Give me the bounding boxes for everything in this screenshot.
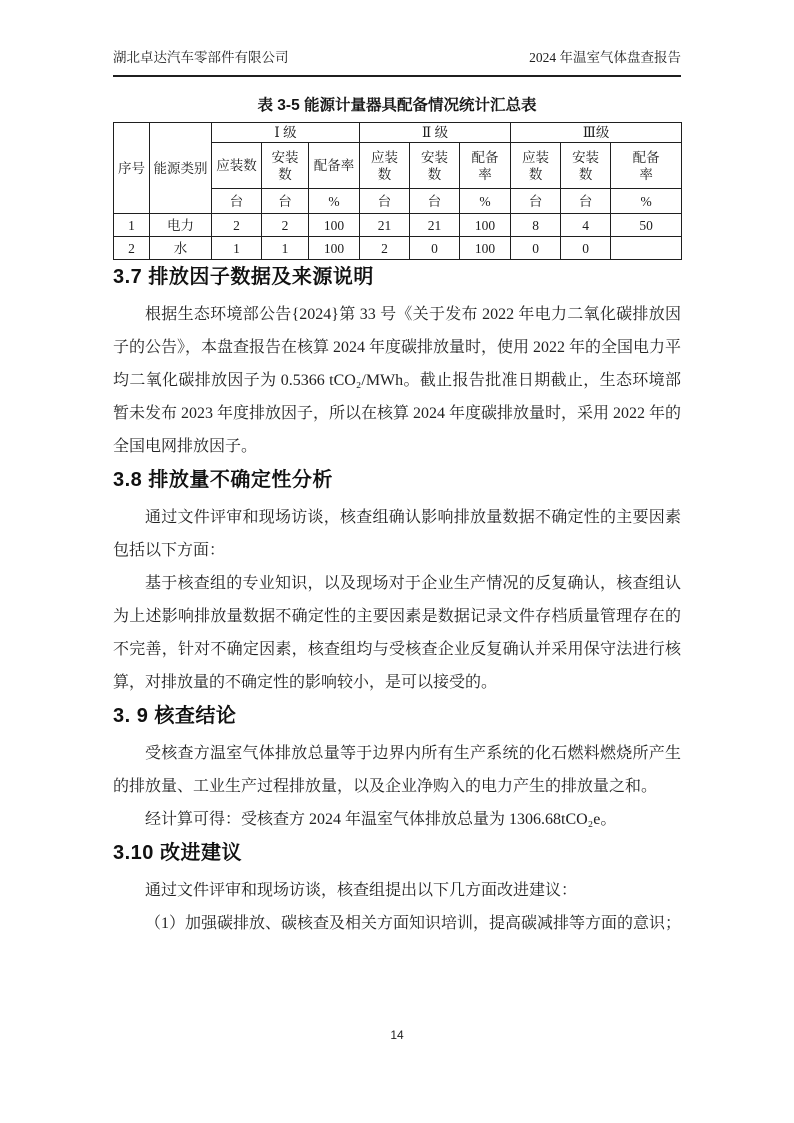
unit-cell: % xyxy=(309,189,360,214)
value-cell: 1 xyxy=(262,237,309,260)
value-cell: 8 xyxy=(511,214,561,237)
unit-cell: 台 xyxy=(511,189,561,214)
table-row: 1 电力 2 2 100 21 21 100 8 4 50 xyxy=(114,214,682,237)
section-heading-3-10: 3.10 改进建议 xyxy=(113,836,681,865)
value-cell: 0 xyxy=(410,237,460,260)
paragraph: （1）加强碳排放、碳核查及相关方面知识培训，提高碳减排等方面的意识； xyxy=(113,907,681,940)
value-cell: 100 xyxy=(460,237,511,260)
col-header-rate: 配备 率 xyxy=(611,143,682,189)
value-cell: 21 xyxy=(410,214,460,237)
col-header-required: 应装 数 xyxy=(360,143,410,189)
value-cell: 100 xyxy=(460,214,511,237)
unit-cell: % xyxy=(611,189,682,214)
value-cell: 0 xyxy=(511,237,561,260)
table-row: 2 水 1 1 100 2 0 100 0 0 xyxy=(114,237,682,260)
col-header-installed: 安装 数 xyxy=(410,143,460,189)
col-header-rate: 配备率 xyxy=(309,143,360,189)
energy-type-cell: 电力 xyxy=(150,214,212,237)
col-header-energy-type: 能源类别 xyxy=(150,123,212,214)
energy-type-cell: 水 xyxy=(150,237,212,260)
company-name: 湖北卓达汽车零部件有限公司 xyxy=(113,46,289,66)
value-cell: 21 xyxy=(360,214,410,237)
seq-cell: 2 xyxy=(114,237,150,260)
col-header-installed: 安装 数 xyxy=(262,143,309,189)
unit-cell: % xyxy=(460,189,511,214)
col-group-level1: Ⅰ 级 xyxy=(212,123,360,143)
col-group-level2: Ⅱ 级 xyxy=(360,123,511,143)
paragraph: 通过文件评审和现场访谈，核查组确认影响排放量数据不确定性的主要因素包括以下方面： xyxy=(113,501,681,567)
value-cell: 1 xyxy=(212,237,262,260)
value-cell: 2 xyxy=(360,237,410,260)
col-header-installed: 安装 数 xyxy=(561,143,611,189)
section-heading-3-9: 3. 9 核查结论 xyxy=(113,699,681,728)
paragraph: 通过文件评审和现场访谈，核查组提出以下几方面改进建议： xyxy=(113,874,681,907)
report-title: 2024 年温室气体盘查报告 xyxy=(529,46,681,66)
seq-cell: 1 xyxy=(114,214,150,237)
value-cell: 100 xyxy=(309,214,360,237)
col-group-level3: Ⅲ级 xyxy=(511,123,682,143)
col-header-rate: 配备 率 xyxy=(460,143,511,189)
value-cell: 2 xyxy=(212,214,262,237)
col-header-seq: 序号 xyxy=(114,123,150,214)
value-cell: 0 xyxy=(561,237,611,260)
paragraph: 经计算可得：受核查方 2024 年温室气体排放总量为 1306.68tCO₂e。 xyxy=(113,803,681,836)
unit-cell: 台 xyxy=(561,189,611,214)
document-page: 湖北卓达汽车零部件有限公司 2024 年温室气体盘查报告 表 3-5 能源计量器… xyxy=(0,0,794,1123)
unit-cell: 台 xyxy=(212,189,262,214)
unit-cell: 台 xyxy=(262,189,309,214)
col-header-required: 应装 数 xyxy=(511,143,561,189)
value-cell: 4 xyxy=(561,214,611,237)
section-heading-3-8: 3.8 排放量不确定性分析 xyxy=(113,463,681,492)
value-cell xyxy=(611,237,682,260)
value-cell: 100 xyxy=(309,237,360,260)
value-cell: 2 xyxy=(262,214,309,237)
unit-cell: 台 xyxy=(360,189,410,214)
paragraph: 受核查方温室气体排放总量等于边界内所有生产系统的化石燃料燃烧所产生的排放量、工业… xyxy=(113,737,681,803)
unit-cell: 台 xyxy=(410,189,460,214)
energy-metering-table: 序号 能源类别 Ⅰ 级 Ⅱ 级 Ⅲ级 应装数 安装 数 配备率 应装 数 安装 … xyxy=(113,122,682,260)
page-number: 14 xyxy=(0,1028,794,1042)
col-header-required: 应装数 xyxy=(212,143,262,189)
table-caption: 表 3-5 能源计量器具配备情况统计汇总表 xyxy=(113,93,681,115)
value-cell: 50 xyxy=(611,214,682,237)
paragraph: 基于核查组的专业知识，以及现场对于企业生产情况的反复确认，核查组认为上述影响排放… xyxy=(113,567,681,699)
paragraph: 根据生态环境部公告{2024}第 33 号《关于发布 2022 年电力二氧化碳排… xyxy=(113,298,681,463)
section-heading-3-7: 3.7 排放因子数据及来源说明 xyxy=(113,260,681,289)
page-header: 湖北卓达汽车零部件有限公司 2024 年温室气体盘查报告 xyxy=(113,46,681,77)
